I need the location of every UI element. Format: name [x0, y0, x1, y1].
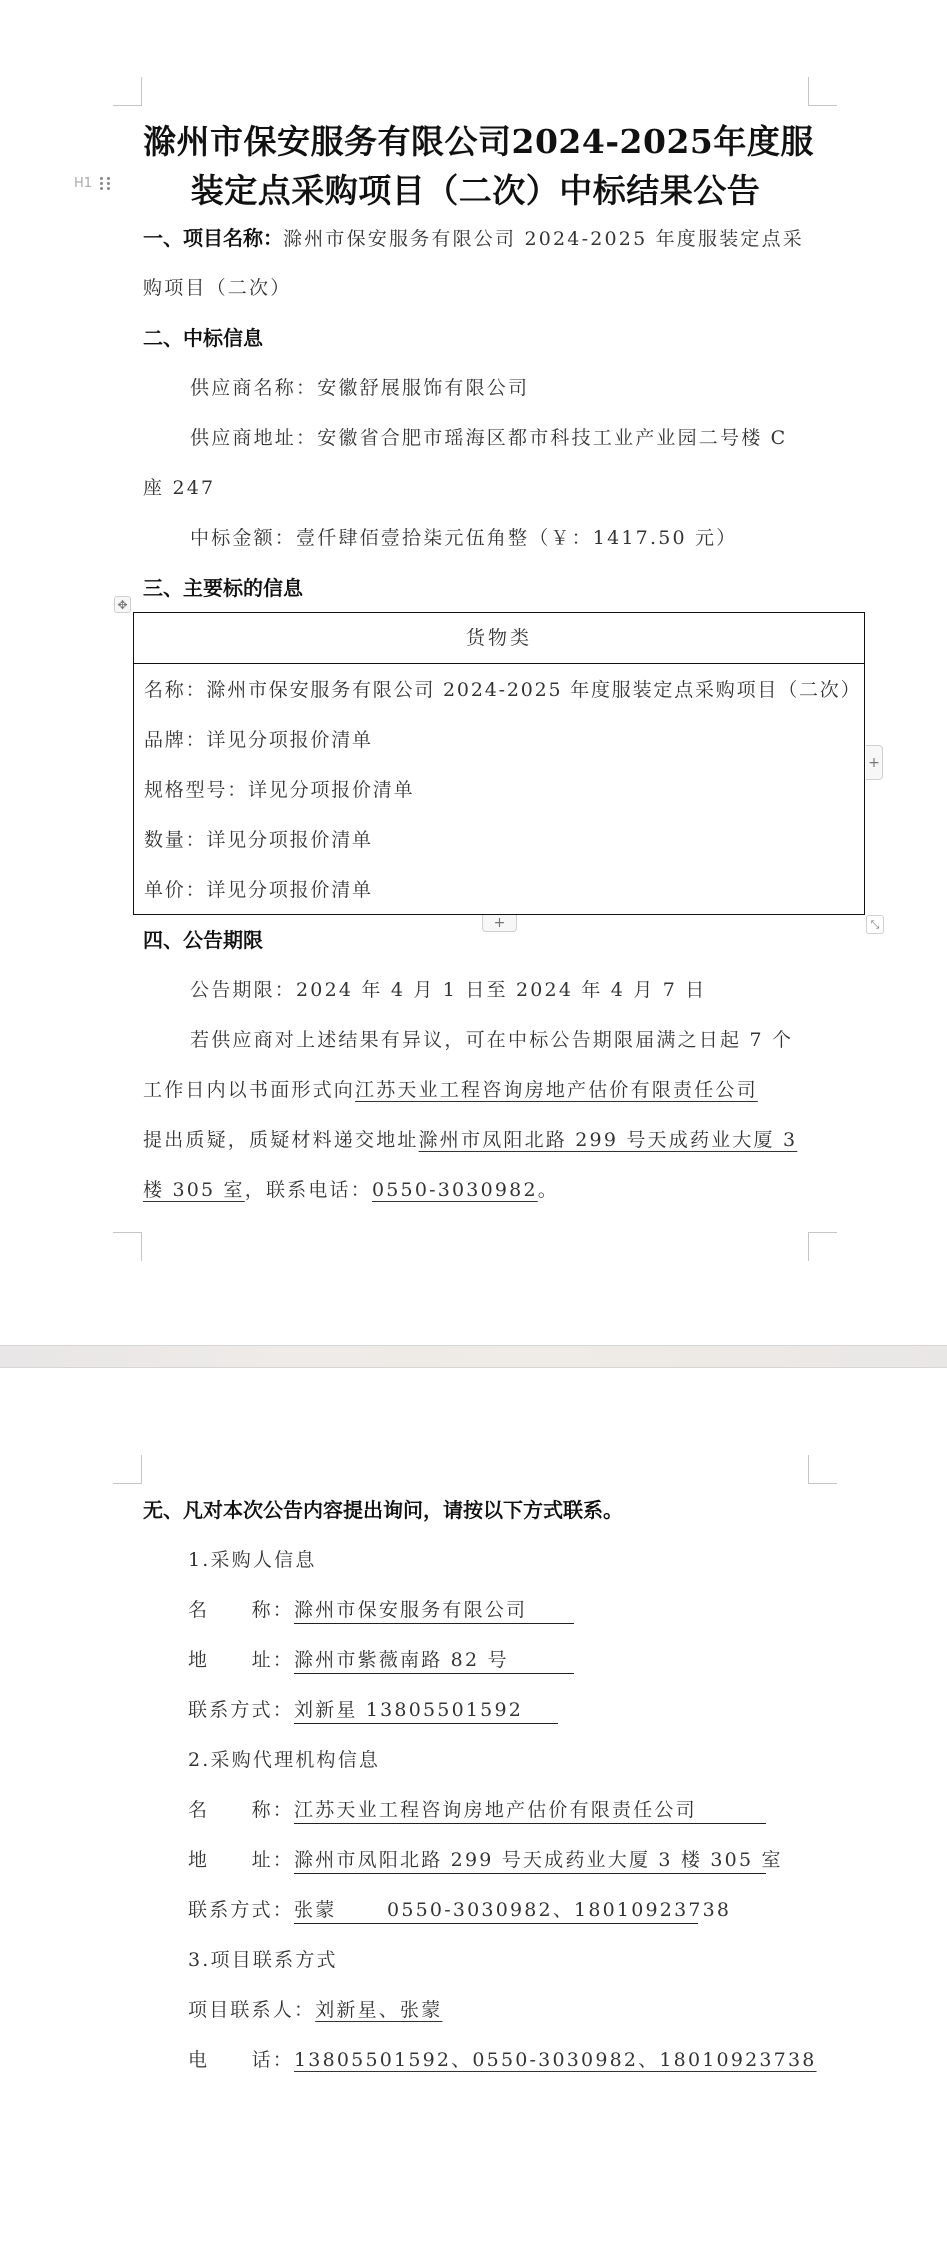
main-items-table: 货物类 名称：滁州市保安服务有限公司 2024-2025 年度服装定点采购项目（… — [133, 612, 865, 915]
page-corner-mark — [113, 77, 142, 106]
purchaser-name-row: 名 称：滁州市保安服务有限公司 — [188, 1596, 574, 1624]
table-header-cell: 货物类 — [134, 613, 864, 664]
purchaser-address-row: 地 址：滁州市紫薇南路 82 号 — [188, 1646, 574, 1674]
agency-name-value: 江苏天业工程咨询房地产估价有限责任公司 — [294, 1797, 766, 1824]
notice-period: 公告期限：2024 年 4 月 1 日至 2024 年 4 月 7 日 — [190, 976, 707, 1004]
objection-address-prefix: 提出质疑，质疑材料递交地址 — [143, 1129, 419, 1151]
section-contact-heading: 无、凡对本次公告内容提出询问，请按以下方式联系。 — [143, 1496, 623, 1524]
purchaser-info-heading: 1.采购人信息 — [188, 1546, 317, 1574]
agency-info-heading: 2.采购代理机构信息 — [188, 1746, 380, 1774]
field-label: 名 称： — [188, 1599, 294, 1621]
section-main-items-heading: 三、主要标的信息 — [143, 574, 303, 602]
supplier-name: 供应商名称：安徽舒展服饰有限公司 — [190, 374, 529, 402]
objection-agency-link: 江苏天业工程咨询房地产估价有限责任公司 — [355, 1079, 758, 1101]
page-corner-mark — [808, 77, 837, 106]
agency-name-row: 名 称：江苏天业工程咨询房地产估价有限责任公司 — [188, 1796, 766, 1824]
table-row: 品牌：详见分项报价清单 — [144, 726, 373, 754]
objection-phone-label: ，联系电话： — [245, 1179, 372, 1201]
field-label: 联系方式： — [188, 1699, 294, 1721]
purchaser-address-value: 滁州市紫薇南路 82 号 — [294, 1647, 574, 1674]
drag-handle-icon[interactable] — [100, 177, 111, 190]
field-label: 项目联系人： — [188, 1999, 315, 2021]
purchaser-contact-value: 刘新星 13805501592 — [294, 1697, 558, 1724]
project-name-value: 滁州市保安服务有限公司 2024-2025 年度服装定点采 — [283, 228, 804, 250]
project-phone-row: 电 话：13805501592、0550-3030982、18010923738 — [188, 2046, 817, 2074]
agency-address-row: 地 址：滁州市凤阳北路 299 号天成药业大厦 3 楼 305 室 — [188, 1846, 766, 1874]
document-title-line-2: 装定点采购项目（二次）中标结果公告 — [143, 165, 808, 212]
period-mark: 。 — [538, 1179, 559, 1201]
section-label: 一、项目名称： — [143, 226, 283, 250]
project-contact-heading: 3.项目联系方式 — [188, 1946, 338, 1974]
award-amount: 中标金额：壹仟肆佰壹拾柒元伍角整（￥：1417.50 元） — [190, 524, 737, 552]
purchaser-contact-row: 联系方式：刘新星 13805501592 — [188, 1696, 558, 1724]
objection-address: 滁州市凤阳北路 299 号天成药业大厦 3 — [419, 1129, 798, 1151]
section-notice-period-heading: 四、公告期限 — [143, 926, 263, 954]
page-corner-mark — [113, 1455, 142, 1484]
add-column-button[interactable]: + — [866, 745, 883, 780]
document-page-2: 无、凡对本次公告内容提出询问，请按以下方式联系。 1.采购人信息 名 称：滁州市… — [0, 1368, 947, 2252]
field-label: 名 称： — [188, 1799, 294, 1821]
section-award-info-heading: 二、中标信息 — [143, 324, 263, 352]
table-move-handle-icon[interactable]: ✥ — [114, 596, 131, 613]
section-project-name: 一、项目名称：滁州市保安服务有限公司 2024-2025 年度服装定点采 — [143, 224, 804, 253]
table-row: 名称：滁州市保安服务有限公司 2024-2025 年度服装定点采购项目（二次） — [144, 676, 861, 704]
project-name-continuation: 购项目（二次） — [143, 274, 291, 302]
objection-address-end: 楼 305 室 — [143, 1179, 245, 1201]
page-corner-mark — [808, 1455, 837, 1484]
agency-address-value: 滁州市凤阳北路 299 号天成药业大厦 3 楼 305 室 — [294, 1847, 766, 1874]
agency-contact-value: 张蒙 0550-3030982、18010923738 — [294, 1897, 698, 1924]
document-title-line-1: 滁州市保安服务有限公司2024-2025年度服 — [143, 116, 808, 163]
field-label: 联系方式： — [188, 1899, 294, 1921]
objection-phone: 0550-3030982 — [372, 1179, 538, 1201]
table-row: 数量：详见分项报价清单 — [144, 826, 373, 854]
table-resize-icon[interactable]: ⤡ — [866, 915, 884, 934]
field-label: 地 址： — [188, 1649, 294, 1671]
objection-text-line-4: 楼 305 室，联系电话：0550-3030982。 — [143, 1176, 559, 1204]
objection-prefix: 工作日内以书面形式向 — [143, 1079, 355, 1101]
project-person-value: 刘新星、张蒙 — [315, 1999, 442, 2021]
project-phone-value: 13805501592、0550-3030982、18010923738 — [294, 2049, 817, 2071]
document-page-1: H1 滁州市保安服务有限公司2024-2025年度服 装定点采购项目（二次）中标… — [0, 0, 947, 1345]
add-row-button[interactable]: + — [482, 915, 517, 932]
objection-text-line-3: 提出质疑，质疑材料递交地址滁州市凤阳北路 299 号天成药业大厦 3 — [143, 1126, 797, 1154]
page-corner-mark — [808, 1232, 837, 1261]
field-label: 电 话： — [188, 2049, 294, 2071]
table-row: 规格型号：详见分项报价清单 — [144, 776, 414, 804]
agency-contact-row: 联系方式：张蒙 0550-3030982、18010923738 — [188, 1896, 698, 1924]
page-break-separator — [0, 1345, 947, 1368]
objection-text-line-1: 若供应商对上述结果有异议，可在中标公告期限届满之日起 7 个 — [190, 1026, 793, 1054]
supplier-address-line-1: 供应商地址：安徽省合肥市瑶海区都市科技工业产业园二号楼 C — [190, 424, 787, 452]
heading-level-label: H1 — [74, 176, 92, 191]
project-person-row: 项目联系人：刘新星、张蒙 — [188, 1996, 442, 2024]
objection-text-line-2: 工作日内以书面形式向江苏天业工程咨询房地产估价有限责任公司 — [143, 1076, 758, 1104]
table-row: 单价：详见分项报价清单 — [144, 876, 373, 904]
purchaser-name-value: 滁州市保安服务有限公司 — [294, 1597, 574, 1624]
field-label: 地 址： — [188, 1849, 294, 1871]
supplier-address-line-2: 座 247 — [143, 474, 215, 502]
page-corner-mark — [113, 1232, 142, 1261]
heading-level-marker[interactable]: H1 — [74, 176, 111, 191]
